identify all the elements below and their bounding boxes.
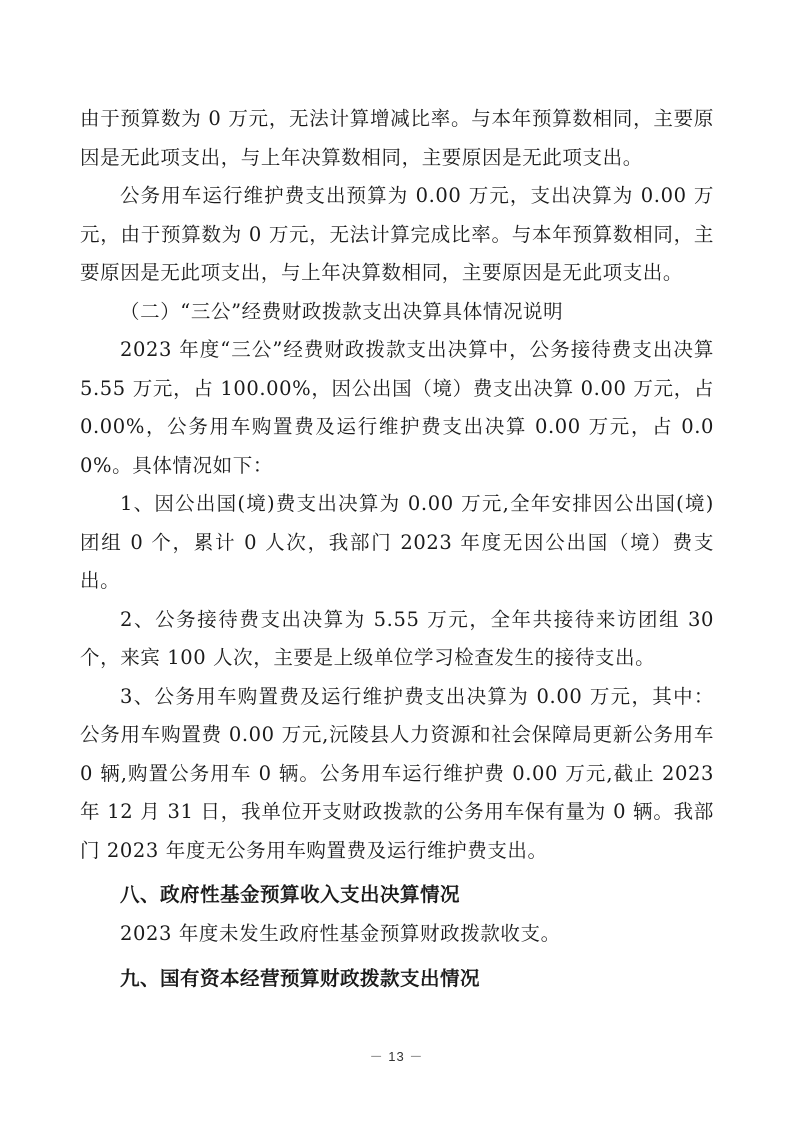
page-number: － 13 － [0,1046,793,1065]
paragraph-three-public-summary: 2023 年度“三公”经费财政拨款支出决算中，公务接待费支出决算 5.55 万元… [80,331,714,485]
section-heading-state-capital: 九、国有资本经营预算财政拨款支出情况 [80,958,714,999]
subsection-title-three-public-expenses: （二）“三公”经费财政拨款支出决算具体情况说明 [80,293,714,332]
paragraph-overseas-travel: 1、因公出国(境)费支出决算为 0.00 万元,全年安排因公出国(境)团组 0 … [80,485,714,601]
paragraph-budget-zero-note: 由于预算数为 0 万元，无法计算增减比率。与本年预算数相同，主要原因是无此项支出… [80,100,714,177]
paragraph-official-vehicles: 3、公务用车购置费及运行维护费支出决算为 0.00 万元，其中：公务用车购置费 … [80,678,714,871]
document-page: 由于预算数为 0 万元，无法计算增减比率。与本年预算数相同，主要原因是无此项支出… [80,100,714,999]
paragraph-vehicle-maintenance: 公务用车运行维护费支出预算为 0.00 万元，支出决算为 0.00 万元，由于预… [80,177,714,293]
section-heading-government-fund: 八、政府性基金预算收入支出决算情况 [80,874,714,915]
paragraph-government-fund: 2023 年度未发生政府性基金预算财政拨款收支。 [80,915,714,954]
paragraph-official-reception: 2、公务接待费支出决算为 5.55 万元，全年共接待来访团组 30 个，来宾 1… [80,601,714,678]
